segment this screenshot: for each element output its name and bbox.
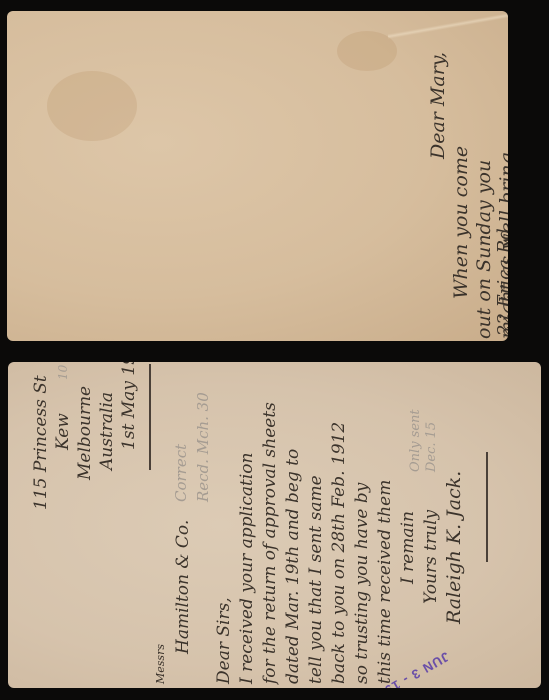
body-line: for the return of approval sheets bbox=[259, 402, 282, 684]
body-line: so trusting you have by bbox=[351, 402, 374, 684]
postcard-bottom: 115 Princess St Kew Melbourne Australia … bbox=[8, 362, 541, 688]
signature-underline bbox=[486, 452, 488, 562]
postcard-top: 22 Erica Rd. Windsor Dear Mary, When you… bbox=[7, 11, 508, 341]
body-line: I received your application bbox=[236, 402, 259, 684]
addressee-line: Hamilton & Co. bbox=[172, 520, 194, 684]
body-line: might as well bring bbox=[496, 52, 508, 339]
pencil-note-number: 10 bbox=[56, 365, 70, 380]
stain bbox=[47, 71, 137, 141]
addressee: Messrs Hamilton & Co. bbox=[150, 520, 194, 684]
body-line: back to you on 28th Feb. 1912 bbox=[328, 402, 351, 684]
body-line: tell you that I sent same bbox=[305, 402, 328, 684]
pencil-note: Recd. Mch. 30 bbox=[192, 392, 214, 502]
body-line: this time received them bbox=[374, 402, 397, 684]
greeting: Dear Sirs, bbox=[213, 402, 236, 684]
underline-rule bbox=[149, 364, 151, 470]
body-line: When you come bbox=[450, 52, 473, 339]
letter-body: Dear Mary, When you come out on Sunday y… bbox=[427, 52, 508, 339]
address-line: Melbourne bbox=[74, 362, 96, 510]
closing-line: Yours truly bbox=[420, 402, 443, 684]
address-line: Australia bbox=[96, 362, 118, 510]
greeting: Dear Mary, bbox=[427, 52, 450, 339]
address-line: Kew bbox=[52, 362, 74, 510]
body-line: dated Mar. 19th and beg to bbox=[282, 402, 305, 684]
sender-address: 115 Princess St Kew Melbourne Australia … bbox=[30, 362, 140, 510]
signature: Raleigh K. Jack. bbox=[443, 402, 466, 684]
letter-body: Dear Sirs, I received your application f… bbox=[213, 402, 466, 684]
closing-line: I remain bbox=[397, 402, 420, 684]
pencil-note: Correct bbox=[170, 392, 192, 502]
pencil-note: 10 bbox=[56, 365, 70, 380]
body-line: out on Sunday you bbox=[473, 52, 496, 339]
address-line: 115 Princess St bbox=[30, 362, 52, 510]
pencil-notes: Correct Recd. Mch. 30 bbox=[170, 392, 214, 502]
stain bbox=[337, 31, 397, 71]
addressee-line: Messrs bbox=[150, 520, 172, 684]
letter-date: 1st May 1912 bbox=[118, 362, 140, 510]
folded-corner bbox=[388, 11, 508, 41]
